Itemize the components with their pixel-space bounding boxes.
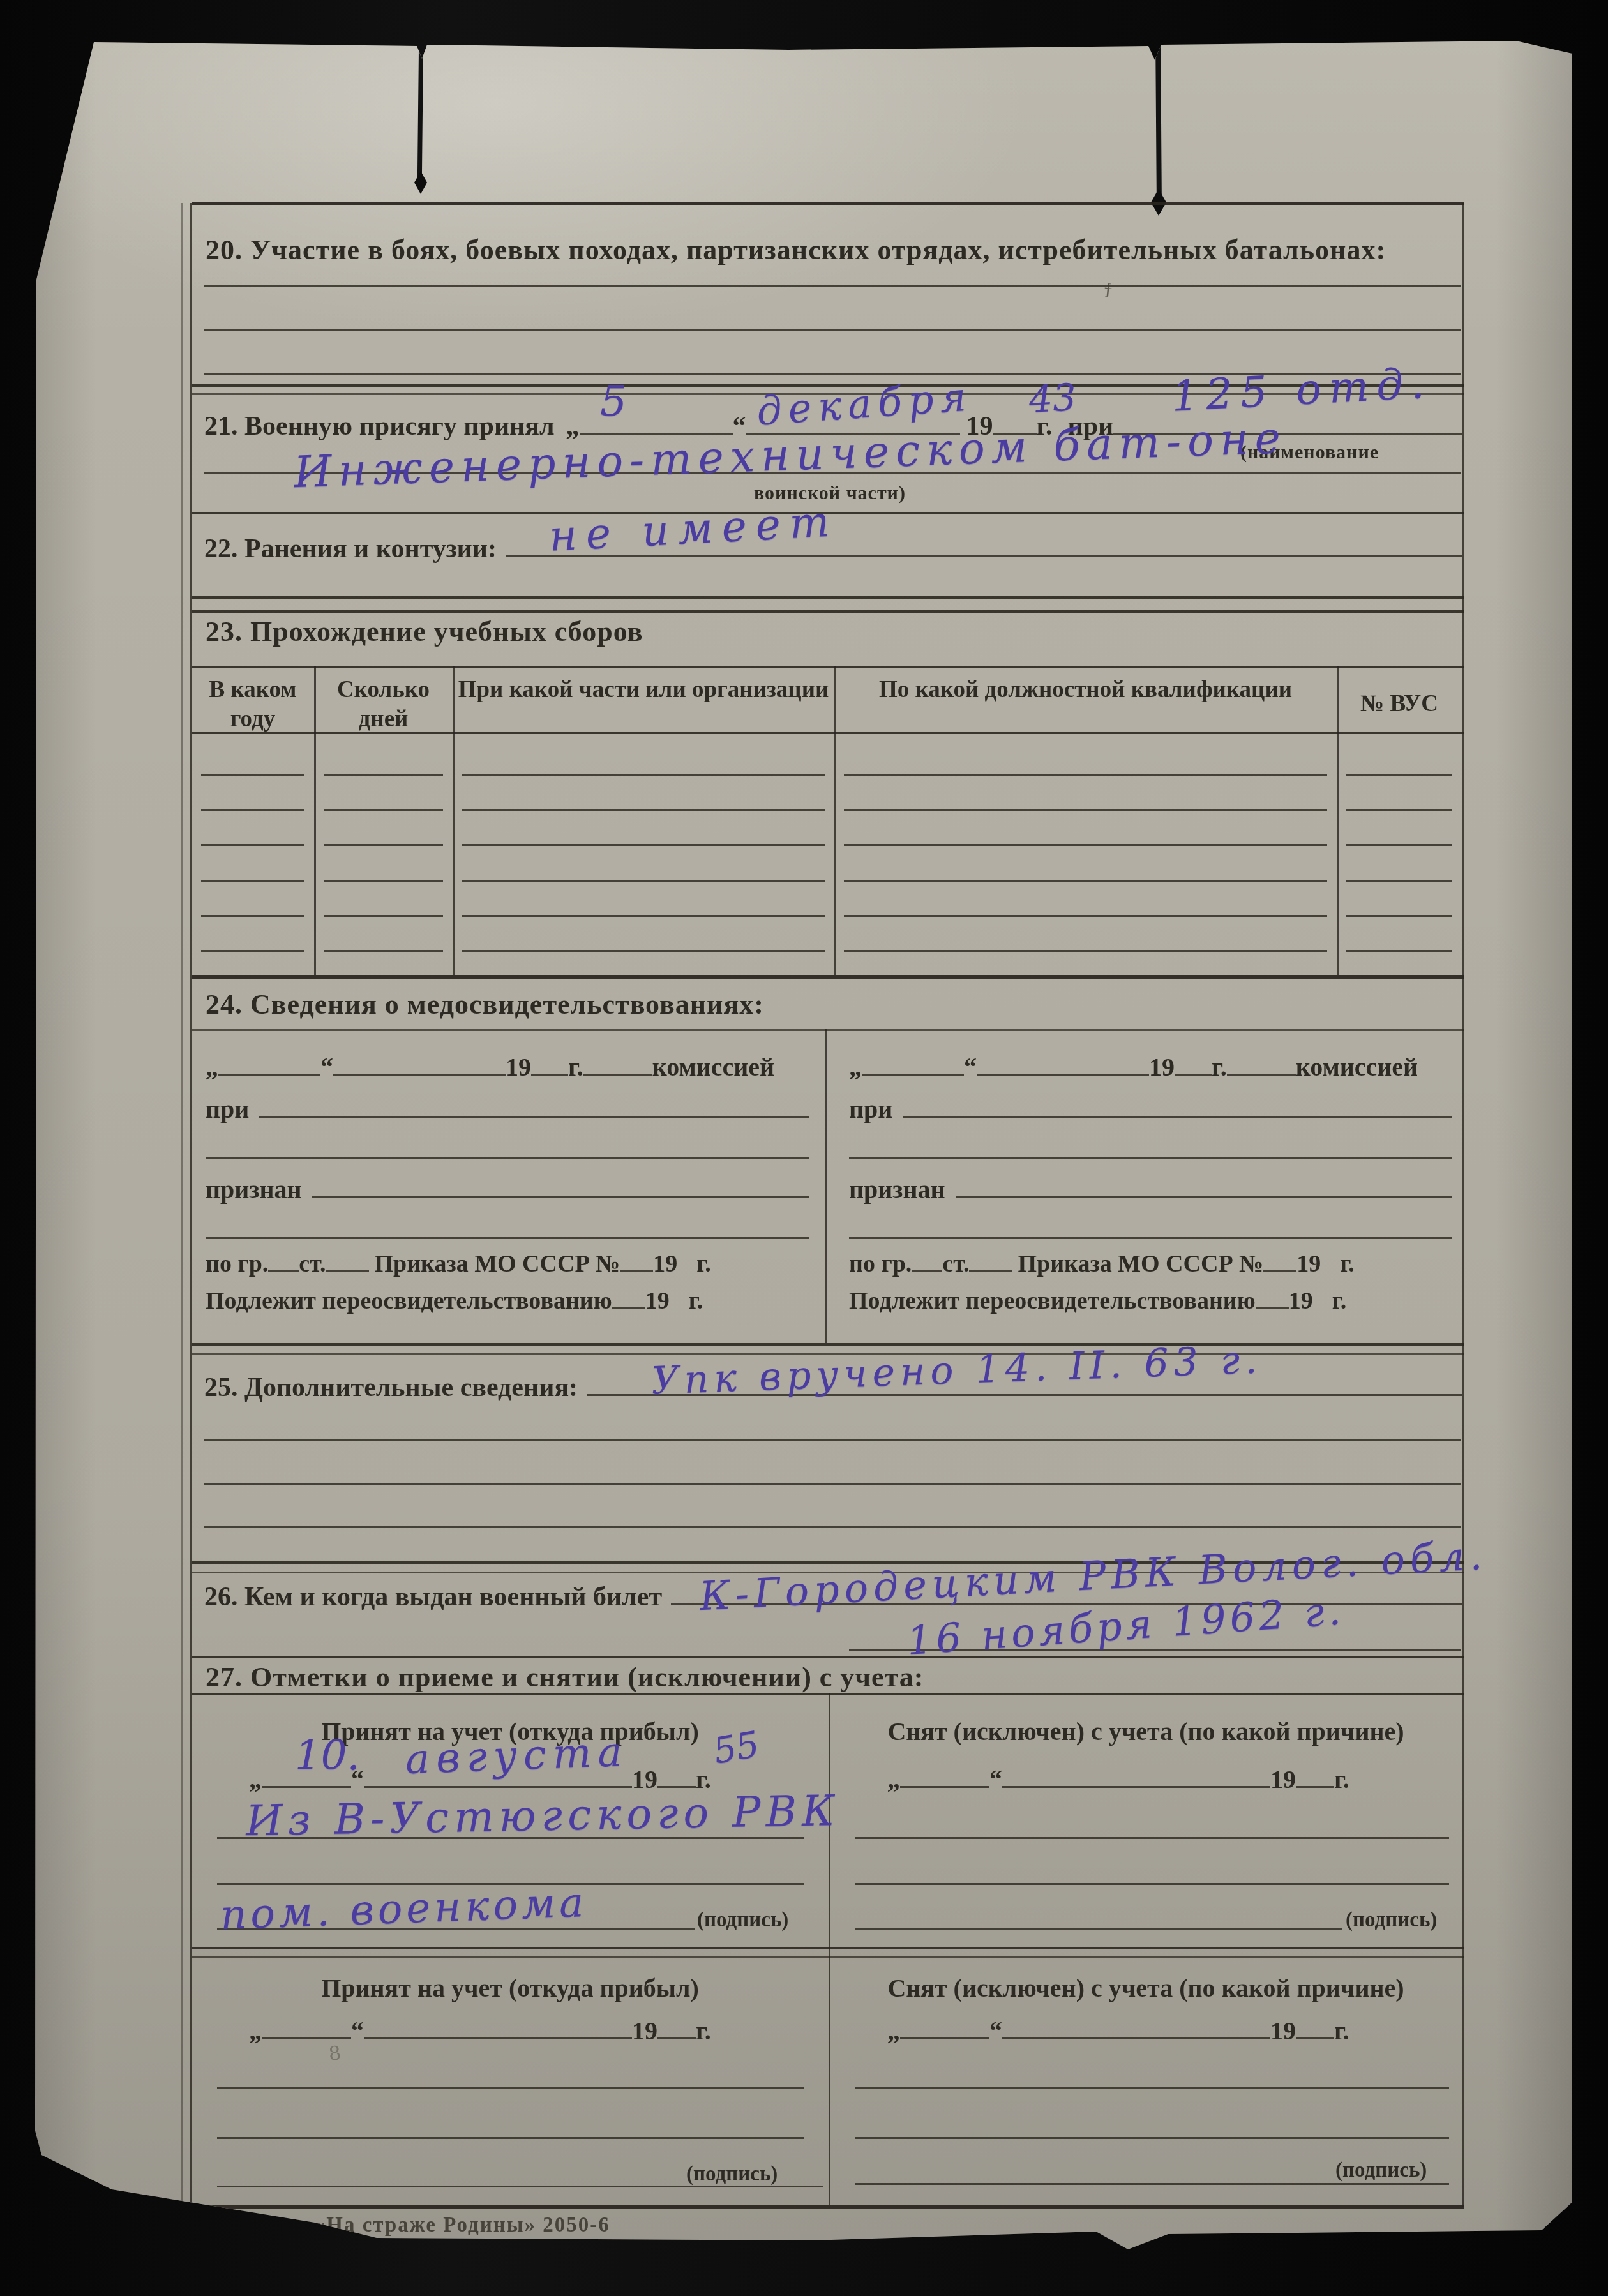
blank-line — [206, 1237, 809, 1239]
table23-cell-line — [844, 774, 1327, 776]
year-blank — [657, 2031, 696, 2039]
table23-cell-line — [324, 915, 443, 917]
table23-bottom-rule — [192, 975, 1464, 979]
table23-cell-line — [844, 809, 1327, 811]
med-right-order-row: по гр. ст. Приказа МО СССР № 19 г. — [849, 1250, 1452, 1278]
print-shop-imprint: 1 тип. газ. «На страже Родины» 2050-6 — [199, 2214, 610, 2237]
table27-bottom-rule — [192, 2205, 1464, 2209]
section22-label: 22. Ранения и контузии: — [204, 534, 497, 564]
year-prefix: 19 — [506, 1052, 531, 1082]
blank-fill — [969, 1263, 1012, 1272]
table23-col-header-vus: № ВУС — [1337, 689, 1462, 719]
med-left-date-row: „ “ 19 г. комиссией — [206, 1052, 809, 1082]
month-blank — [364, 2031, 632, 2039]
blank-fill — [333, 1067, 506, 1076]
table23-cell-line — [1346, 950, 1452, 952]
signature-line-left-row2 — [217, 2186, 823, 2187]
blank-fill — [1263, 1263, 1296, 1272]
blank-line-right — [855, 2087, 1449, 2089]
year-blank — [1296, 2031, 1334, 2039]
med-right-recognized-row: признан — [849, 1174, 1452, 1204]
year-prefix: 19 — [653, 1250, 677, 1278]
hw-accept-day: 10. — [295, 1732, 360, 1780]
blank-line — [204, 1439, 1461, 1441]
year-prefix: 19 — [645, 1287, 670, 1315]
table23-col-header-days: Сколько дней — [314, 675, 453, 734]
ink-mark: ϯ — [1103, 279, 1113, 302]
removed-date-row2: „ “ 19 г. — [887, 2016, 1436, 2046]
year-suffix: г. — [1334, 2016, 1349, 2046]
hw-signature-title: пом. военкома — [220, 1879, 589, 1939]
table23-cell-line — [201, 774, 304, 776]
resurvey-label: Подлежит переосвидетельствованию — [849, 1287, 1256, 1315]
blank-line — [206, 1157, 809, 1159]
table23-cell-line — [1346, 809, 1452, 811]
table23-cell-line — [201, 844, 304, 846]
recognized-label: признан — [206, 1174, 302, 1204]
group-label: по гр. — [849, 1250, 912, 1278]
signature-line-right-row1 — [855, 1928, 1342, 1930]
hw-oath-year: 43 — [1028, 375, 1077, 421]
commission-label: комиссией — [652, 1052, 774, 1082]
military-record-form: 20. Участие в боях, боевых походах, парт… — [0, 0, 1608, 2296]
blank-fill — [326, 1263, 369, 1272]
table23-cell-line — [324, 774, 443, 776]
close-quote: “ — [964, 1052, 977, 1082]
scanned-paper-sheet: 20. Участие в боях, боевых походах, парт… — [35, 37, 1572, 2251]
table23-cell-line — [462, 880, 825, 882]
table27-row-divider — [192, 1947, 1464, 1949]
divider-rule — [192, 202, 1464, 205]
table23-cell-line — [462, 809, 825, 811]
divider-rule — [192, 596, 1464, 599]
blank-fill — [612, 1300, 645, 1309]
month-blank — [1002, 2031, 1270, 2039]
blank-fill — [218, 1067, 320, 1076]
year-prefix: 19 — [1296, 1250, 1321, 1278]
month-blank — [364, 1780, 632, 1788]
divider-rule — [192, 1656, 1464, 1658]
table23-col-line — [453, 666, 455, 975]
year-blank — [1296, 1780, 1334, 1788]
table23-cell-line — [324, 809, 443, 811]
day-blank — [262, 1780, 351, 1788]
article-label: ст. — [942, 1250, 969, 1278]
table23-cell-line — [1346, 915, 1452, 917]
day-blank — [900, 1780, 989, 1788]
table23-top-rule — [192, 666, 1464, 668]
form-left-border-2 — [190, 203, 192, 2207]
table23-cell-line — [324, 844, 443, 846]
close-quote: “ — [989, 1764, 1002, 1794]
month-blank — [1002, 1780, 1270, 1788]
day-blank — [900, 2031, 989, 2039]
form-right-border — [1462, 203, 1464, 2207]
table23-cell-line — [201, 880, 304, 882]
med-right-date-row: „ “ 19 г. комиссией — [849, 1052, 1452, 1082]
open-quote: „ — [887, 2016, 900, 2046]
close-quote: “ — [320, 1052, 333, 1082]
blank-line-right — [855, 2137, 1449, 2139]
hw-oath-day: 5 — [600, 377, 627, 426]
table23-cell-line — [462, 844, 825, 846]
hw-accept-month: августа — [405, 1729, 629, 1783]
med-block-divider — [825, 1029, 827, 1343]
table23-cell-line — [1346, 774, 1452, 776]
blank-fill — [312, 1190, 809, 1198]
table23-cell-line — [844, 915, 1327, 917]
open-quote: „ — [249, 1764, 262, 1794]
table23-cell-line — [844, 844, 1327, 846]
table23-cell-line — [324, 950, 443, 952]
section27-title: 27. Отметки о приеме и снятии (исключени… — [206, 1661, 924, 1693]
table23-cell-line — [462, 915, 825, 917]
staple-slit-left-icon — [417, 37, 423, 184]
table23-cell-line — [201, 915, 304, 917]
removed-date-row1: „ “ 19 г. — [887, 1764, 1436, 1794]
removed-header-row2: Снят (исключен) с учета (по какой причин… — [830, 1974, 1462, 2003]
year-suffix: г. — [1340, 1250, 1354, 1278]
blank-fill — [903, 1109, 1452, 1118]
year-prefix: 19 — [1270, 1764, 1296, 1794]
table23-col-line — [834, 666, 836, 975]
blank-fill — [583, 1067, 652, 1076]
year-suffix: г. — [1334, 1764, 1349, 1794]
from-line-right — [855, 1837, 1449, 1839]
table23-cell-line — [1346, 844, 1452, 846]
commission-label: комиссией — [1296, 1052, 1418, 1082]
table23-cell-line — [844, 880, 1327, 882]
close-quote: “ — [989, 2016, 1002, 2046]
open-quote: „ — [887, 1764, 900, 1794]
blank-line-left — [217, 2087, 804, 2089]
table23-cell-line — [462, 950, 825, 952]
blank-fill — [912, 1263, 942, 1272]
blank-fill — [977, 1067, 1149, 1076]
hw-accept-year: 55 — [710, 1723, 762, 1772]
year-prefix: 19 — [632, 2016, 657, 2046]
divider-rule — [192, 1343, 1464, 1346]
section20-title: 20. Участие в боях, боевых походах, парт… — [206, 234, 1450, 266]
hw-accept-from: Из В-Устюгского РВК — [245, 1786, 839, 1845]
table23-cell-line — [201, 809, 304, 811]
blank-line — [849, 1157, 1452, 1159]
podpis-label: (подпись) — [1346, 1909, 1437, 1932]
table27-row-divider-2 — [192, 1956, 1464, 1958]
year-suffix: г. — [689, 1287, 703, 1315]
open-quote: „ — [249, 2016, 262, 2046]
form-left-border — [181, 203, 183, 2207]
year-prefix: 19 — [1270, 2016, 1296, 2046]
order-label: Приказа МО СССР № — [374, 1250, 620, 1278]
table23-col-header-unit: При какой части или организации — [453, 675, 834, 705]
blank-fill — [862, 1067, 964, 1076]
section23-title: 23. Прохождение учебных сборов — [206, 615, 643, 648]
blank-fill — [1175, 1067, 1212, 1076]
year-suffix: г. — [1332, 1287, 1346, 1315]
blank-fill — [259, 1109, 809, 1118]
year-suffix: г. — [696, 1250, 710, 1278]
blank-line — [204, 329, 1461, 331]
group-label: по гр. — [206, 1250, 268, 1278]
table23-cell-line — [1346, 880, 1452, 882]
med-right-at-row: при — [849, 1094, 1452, 1124]
year-suffix: г. — [1212, 1052, 1227, 1082]
blank-line — [204, 1526, 1461, 1528]
open-quote: „ — [206, 1052, 218, 1082]
section24-title: 24. Сведения о медосвидетельствованиях: — [206, 988, 764, 1021]
blank-line-right — [855, 1883, 1449, 1885]
blank-fill — [268, 1263, 299, 1272]
year-suffix: г. — [568, 1052, 583, 1082]
accepted-header-row2: Принят на учет (откуда прибыл) — [192, 1974, 829, 2003]
recognized-label: признан — [849, 1174, 945, 1204]
blank-fill — [1256, 1300, 1289, 1309]
accepted-date-row2: „ “ 19 г. — [249, 2016, 798, 2046]
year-blank — [657, 1780, 696, 1788]
open-quote: „ — [849, 1052, 862, 1082]
blank-line-left — [217, 2137, 804, 2139]
table23-col-header-qualification: По какой должностной квалификации — [834, 675, 1337, 705]
section25-label: 25. Дополнительные сведения: — [204, 1372, 578, 1403]
podpis-label: (подпись) — [686, 2163, 778, 2186]
order-label: Приказа МО СССР № — [1018, 1250, 1263, 1278]
signature-line-right-row2 — [855, 2183, 1449, 2185]
table23-col-header-year: В каком году — [192, 675, 314, 734]
resurvey-label: Подлежит переосвидетельствованию — [206, 1287, 612, 1315]
section21-label: 21. Военную присягу принял — [204, 411, 555, 442]
blank-fill — [620, 1263, 653, 1272]
blank-line — [849, 1237, 1452, 1239]
med-left-recognized-row: признан — [206, 1174, 809, 1204]
blank-line — [204, 1483, 1461, 1485]
med-left-order-row: по гр. ст. Приказа МО СССР № 19 г. — [206, 1250, 809, 1278]
med-left-resurvey-row: Подлежит переосвидетельствованию 19 г. — [206, 1287, 809, 1315]
podpis-label: (подпись) — [697, 1909, 788, 1932]
at-label: при — [849, 1094, 892, 1124]
table23-cell-line — [844, 950, 1327, 952]
article-label: ст. — [299, 1250, 326, 1278]
close-quote: “ — [351, 2016, 364, 2046]
table23-cell-line — [462, 774, 825, 776]
at-label: при — [206, 1094, 249, 1124]
podpis-label: (подпись) — [1335, 2159, 1427, 2182]
blank-fill — [531, 1067, 568, 1076]
staple-slit-right-icon — [1155, 37, 1162, 203]
table27-top-rule — [192, 1693, 1464, 1695]
blank-line — [204, 285, 1461, 287]
day-blank — [262, 2031, 351, 2039]
year-prefix: 19 — [1149, 1052, 1175, 1082]
ink-mark: 8 — [327, 2042, 342, 2066]
removed-header-row1: Снят (исключен) с учета (по какой причин… — [830, 1717, 1462, 1746]
blank-fill — [956, 1190, 1452, 1198]
year-prefix: 19 — [1289, 1287, 1313, 1315]
table23-cell-line — [324, 880, 443, 882]
blank-fill — [1227, 1067, 1296, 1076]
divider-rule — [192, 610, 1464, 613]
med-right-resurvey-row: Подлежит переосвидетельствованию 19 г. — [849, 1287, 1452, 1315]
med-block-top-rule — [192, 1029, 1464, 1031]
year-suffix: г. — [696, 2016, 711, 2046]
staple-tip-left-icon — [414, 171, 427, 194]
table23-cell-line — [201, 950, 304, 952]
section26-label: 26. Кем и когда выдан военный билет — [204, 1582, 662, 1612]
med-left-at-row: при — [206, 1094, 809, 1124]
